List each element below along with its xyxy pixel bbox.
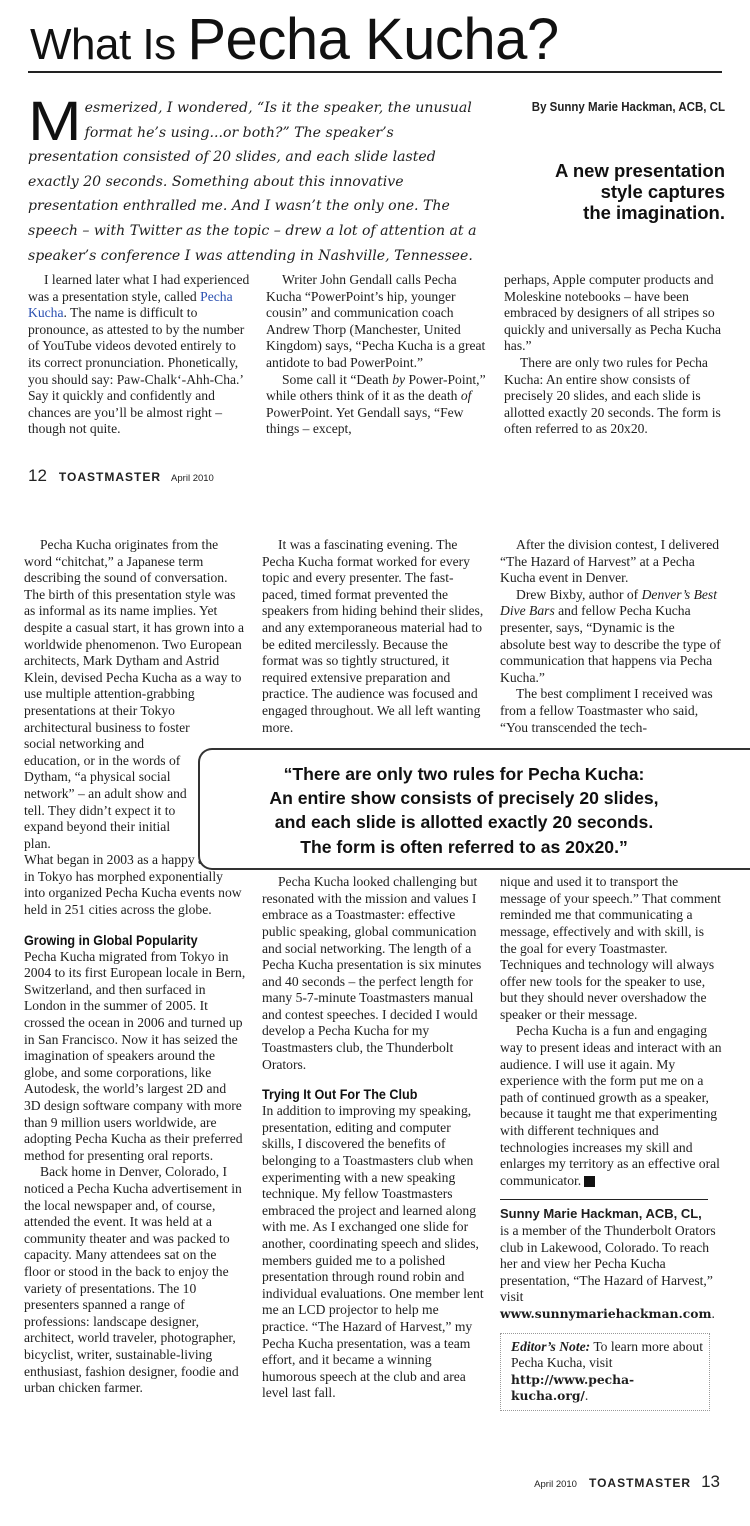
p13-column-3: After the division contest, I delivered … — [500, 537, 722, 1411]
paragraph: Pecha Kucha is a fun and engaging way to… — [500, 1023, 722, 1189]
emphasis: of — [461, 388, 472, 403]
paragraph: Writer John Gendall calls Pecha Kucha “P… — [266, 272, 488, 372]
p13-column-1: Pecha Kucha originates from the word “ch… — [24, 537, 246, 1397]
subhead-global-popularity: Growing in Global Popularity — [24, 931, 224, 949]
pull-quote-line: and each slide is allotted exactly 20 se… — [200, 810, 728, 834]
paragraph: Pecha Kucha migrated from Tokyo in 2004 … — [24, 949, 246, 1165]
paragraph: In addition to improving my speaking, pr… — [262, 1103, 484, 1402]
page-number: 13 — [701, 1472, 720, 1491]
deck-line: style captures — [520, 181, 725, 202]
page-number: 12 — [28, 466, 47, 485]
page-12-folio: 12TOASTMASTERApril 2010 — [28, 466, 214, 486]
text: Some call it “Death — [282, 372, 392, 387]
author-website-link[interactable]: www.sunnymariehackman.com — [500, 1306, 711, 1321]
editors-note-box: Editor’s Note: To learn more about Pecha… — [500, 1333, 710, 1411]
text: . The name is difficult to pronounce, as… — [28, 305, 244, 436]
paragraph: It was a fascinating evening. The Pecha … — [262, 537, 484, 736]
drop-cap: M — [28, 99, 89, 143]
paragraph: Some call it “Death by Power-Point,” whi… — [266, 372, 488, 438]
paragraph: I learned later what I had experienced w… — [28, 272, 250, 438]
pull-quote-line: The form is often referred to as 20x20.” — [200, 835, 728, 859]
text: Pecha Kucha is a fun and engaging way to… — [500, 1023, 722, 1187]
deck-subtitle: A new presentation style captures the im… — [520, 160, 725, 223]
page-13-folio: April 2010TOASTMASTER13 — [534, 1472, 720, 1492]
text: Drew Bixby, author of — [516, 587, 642, 602]
paragraph: There are only two rules for Pecha Kucha… — [504, 355, 726, 438]
pull-quote: “There are only two rules for Pecha Kuch… — [198, 748, 750, 870]
title-divider — [28, 71, 722, 73]
text: PowerPoint. Yet Gendall says, “Few thing… — [266, 405, 463, 437]
deck-line: A new presentation — [520, 160, 725, 181]
p12-column-3: perhaps, Apple computer products and Mol… — [504, 272, 726, 438]
subhead-trying-it-out: Trying It Out For The Club — [262, 1085, 462, 1103]
intro-paragraph: Mesmerized, I wondered, “Is it the speak… — [28, 96, 483, 268]
author-bio: Sunny Marie Hackman, ACB, CL, is a membe… — [500, 1206, 722, 1322]
byline: By Sunny Marie Hackman, ACB, CL — [523, 100, 725, 114]
text: Pecha Kucha originates from the word “ch… — [24, 537, 244, 735]
bio-divider — [500, 1199, 708, 1200]
deck-line: the imagination. — [520, 202, 725, 223]
magazine-name: TOASTMASTER — [59, 470, 161, 484]
title-prefix: What Is — [30, 20, 187, 69]
issue-date: April 2010 — [534, 1479, 577, 1490]
text-wrapped-around-quote: social networking and education, or in t… — [24, 736, 192, 852]
paragraph: Back home in Denver, Colorado, I noticed… — [24, 1164, 246, 1396]
p12-column-1: I learned later what I had experienced w… — [28, 272, 250, 438]
p13-column-2: It was a fascinating evening. The Pecha … — [262, 537, 484, 1402]
paragraph: Pecha Kucha looked challenging but reson… — [262, 874, 484, 1073]
paragraph: perhaps, Apple computer products and Mol… — [504, 272, 726, 355]
pull-quote-line: “There are only two rules for Pecha Kuch… — [200, 762, 728, 786]
article-title: What Is Pecha Kucha? — [30, 6, 559, 73]
p12-column-2: Writer John Gendall calls Pecha Kucha “P… — [266, 272, 488, 438]
text: is a member of the Thunderbolt Orators c… — [500, 1223, 716, 1304]
toastmaster-end-icon: T — [584, 1176, 595, 1187]
paragraph: The best compliment I received was from … — [500, 686, 722, 736]
title-main: Pecha Kucha? — [187, 7, 558, 72]
pull-quote-line: An entire show consists of precisely 20 … — [200, 786, 728, 810]
issue-date: April 2010 — [171, 473, 214, 484]
pecha-kucha-org-link[interactable]: http://www.pecha-kucha.org/ — [511, 1372, 634, 1404]
emphasis: by — [392, 372, 405, 387]
intro-text: esmerized, I wondered, “Is it the speake… — [28, 100, 476, 264]
paragraph: nique and used it to transport the messa… — [500, 874, 722, 1023]
bio-author-name: Sunny Marie Hackman, ACB, CL, — [500, 1206, 702, 1221]
editors-note-label: Editor’s Note: — [511, 1339, 590, 1354]
magazine-name: TOASTMASTER — [589, 1476, 691, 1490]
paragraph: After the division contest, I delivered … — [500, 537, 722, 587]
paragraph: Drew Bixby, author of Denver’s Best Dive… — [500, 587, 722, 687]
